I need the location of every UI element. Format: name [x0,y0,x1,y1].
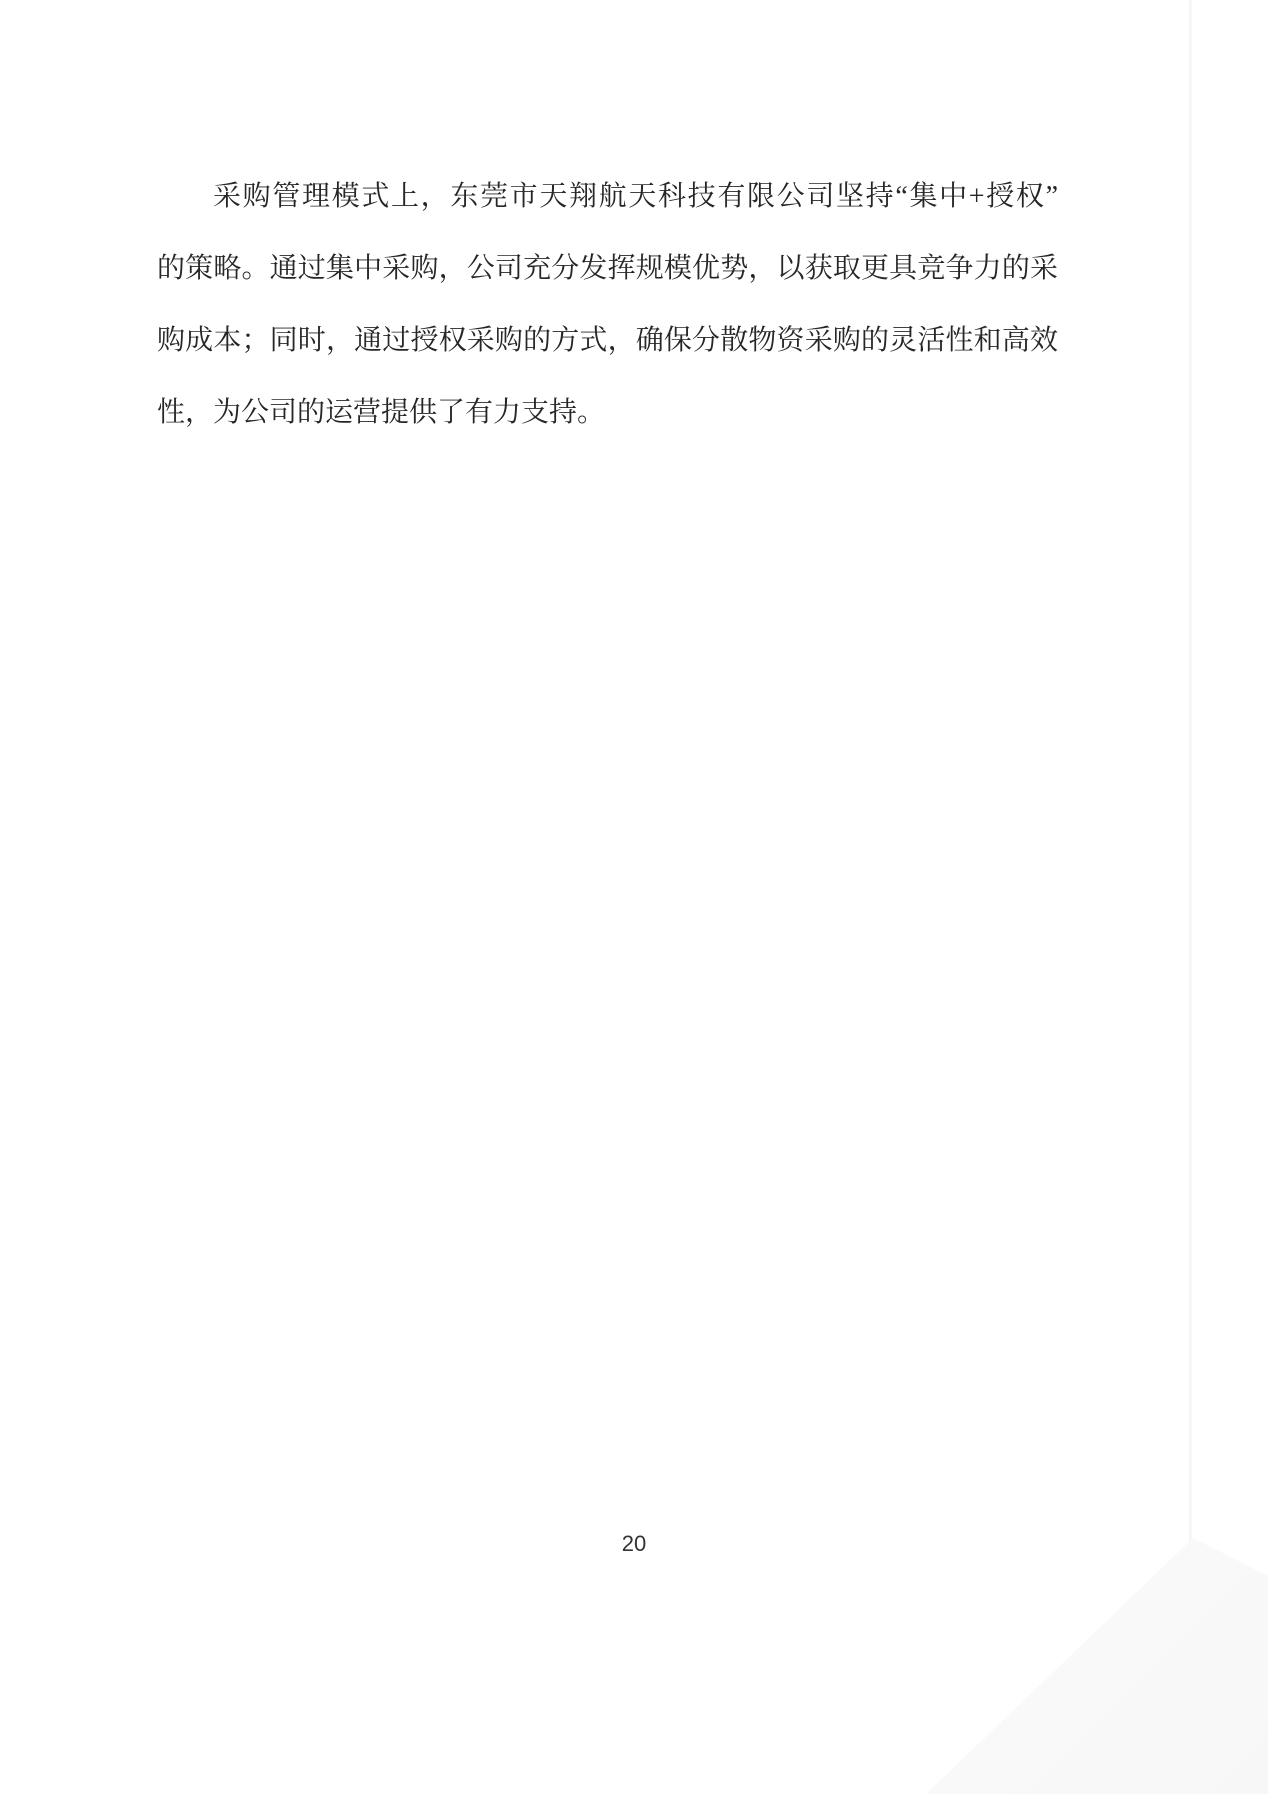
paragraph-line: 购成本；同时，通过授权采购的方式，确保分散物资采购的灵活性和高效 [157,305,1058,377]
page-number: 20 [0,1531,1268,1557]
paragraph-line: 性，为公司的运营提供了有力支持。 [157,377,1058,449]
scan-fold-line [1189,0,1192,1542]
paragraph-line: 的策略。通过集中采购，公司充分发挥规模优势，以获取更具竞争力的采 [157,233,1058,305]
paragraph-line: 采购管理模式上，东莞市天翔航天科技有限公司坚持“集中+授权” [157,161,1058,233]
body-paragraph: 采购管理模式上，东莞市天翔航天科技有限公司坚持“集中+授权” 的策略。通过集中采… [157,161,1058,449]
document-page: 采购管理模式上，东莞市天翔航天科技有限公司坚持“集中+授权” 的策略。通过集中采… [0,0,1268,1794]
scan-corner-shade [926,1538,1268,1794]
